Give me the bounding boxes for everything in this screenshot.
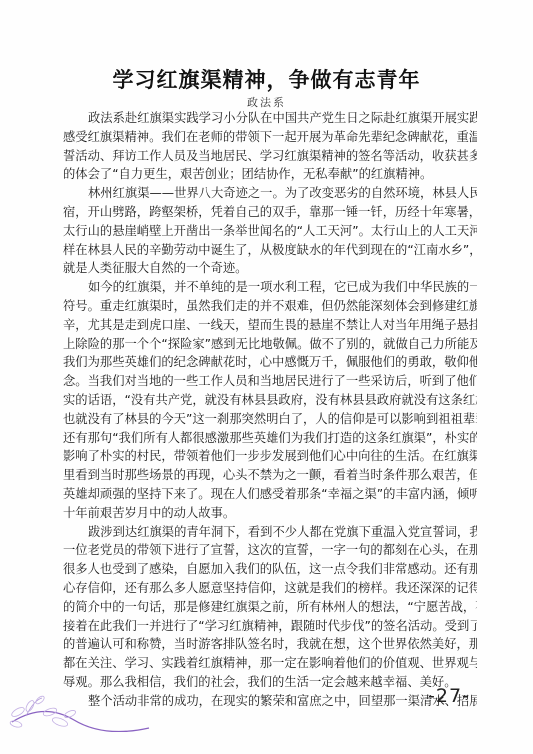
text-line: 都在关注、学习、实践着红旗精神，那一定在影响着他们的价值观、世界观与社会荣 xyxy=(63,654,477,673)
text-line: 实的话语，“没有共产党，就没有林县县政府，没有林县县政府就没有这条红旗渠， xyxy=(63,391,477,410)
text-line: 的普遍认可和称赞，当时游客排队签名时，我就在想，这个世界依然美好，那么多人 xyxy=(63,635,477,654)
text-line: 林州红旗渠——世界八大奇迹之一。为了改变恶劣的自然环境，林县人民风餐露 xyxy=(63,184,477,203)
text-line: 的体会了“自力更生，艰苦创业；团结协作，无私奉献”的红旗精神。 xyxy=(63,165,477,184)
text-line: 符号。重走红旗渠时，虽然我们走的并不艰难，但仍然能深刻体会到修建红旗渠的艰 xyxy=(63,297,477,316)
article-author: 政法系 xyxy=(0,94,533,110)
text-line: 接着在此我们一并进行了“学习红旗精神，跟随时代步伐”的签名活动。受到了大家 xyxy=(63,617,477,636)
text-line: 宿，开山劈路，跨壑架桥，凭着自己的双手，靠那一锤一钎，历经十年寒暑，硬是在 xyxy=(63,203,477,222)
article-title: 学习红旗渠精神，争做有志青年 xyxy=(0,64,533,94)
text-line: 影响了朴实的村民，带领着他们一步步发展到他们心中向往的生活。在红旗渠纪念馆 xyxy=(63,447,477,466)
text-line: 辱观。那么我相信，我们的社会，我们的生活一定会越来越幸福、美好。 xyxy=(63,673,477,692)
text-line: 跋涉到达红旗渠的青年洞下，看到不少人都在党旗下重温入党宣誓词，我们也在 xyxy=(63,523,477,542)
text-line: 很多人也受到了感染，自愿加入我们的队伍，这一点令我们非常感动。还有那么多人 xyxy=(63,560,477,579)
text-line: 一位老党员的带领下进行了宣誓，这次的宣誓，一字一句的都刻在心头，在那个氛围中， xyxy=(63,541,477,560)
text-line: 十年前艰苦岁月中的动人故事。 xyxy=(63,504,477,523)
text-line: 就是人类征服大自然的一个奇迹。 xyxy=(63,259,477,278)
article-body: 政法系赴红旗渠实践学习小分队在中国共产党生日之际赴红旗渠开展实践活动，感受红旗渠… xyxy=(63,109,477,711)
text-line: 如今的红旗渠，并不单纯的是一项水利工程，它已成为我们中华民族的一种精神 xyxy=(63,278,477,297)
text-line: 也就没有了林县的今天”这一刹那突然明白了，人的信仰是可以影响到祖祖辈辈的。 xyxy=(63,410,477,429)
text-line: 还有那句“我们所有人都很感激那些英雄们为我们打造的这条红旗渠”，朴实的英雄， xyxy=(63,429,477,448)
vine-decoration-icon xyxy=(4,692,154,732)
text-line: 样在林县人民的辛勤劳动中诞生了，从极度缺水的年代到现在的“江南水乡”，简直 xyxy=(63,241,477,260)
text-line: 太行山的悬崖峭壁上开凿出一条举世闻名的“人工天河”。太行山上的人工天河就这 xyxy=(63,222,477,241)
text-line: 感受红旗渠精神。我们在老师的带领下一起开展为革命先辈纪念碑献花，重温入团宣 xyxy=(63,128,477,147)
text-line: 政法系赴红旗渠实践学习小分队在中国共产党生日之际赴红旗渠开展实践活动， xyxy=(63,109,477,128)
text-line: 心存信仰，还有那么多人愿意坚持信仰，这就是我们的榜样。我还深深的记得青年洞 xyxy=(63,579,477,598)
text-line: 誓活动、拜访工作人员及当地居民、学习红旗渠精神的签名等活动，收获甚多，深刻 xyxy=(63,147,477,166)
text-line: 上除险的那一个个“探险家”感到无比地敬佩。做不了别的，就做自己力所能及的， xyxy=(63,335,477,354)
text-line: 念。当我们对当地的一些工作人员和当地居民进行了一些采访后，听到了他们那些朴 xyxy=(63,372,477,391)
text-line: 我们为那些英雄们的纪念碑献花时，心中感慨万千，佩服他们的勇敢，敬仰他们的信 xyxy=(63,353,477,372)
page-number: -27- xyxy=(428,685,470,707)
document-page: 学习红旗渠精神，争做有志青年 政法系 政法系赴红旗渠实践学习小分队在中国共产党生… xyxy=(0,0,533,754)
text-line: 英雄却顽强的坚持下来了。现在人们感受着那条“幸福之渠”的丰富内涵，倾听着几 xyxy=(63,485,477,504)
text-line: 辛，尤其是走到虎口崖、一线天，望而生畏的悬崖不禁让人对当年用绳子悬挂在悬崖 xyxy=(63,316,477,335)
text-line: 里看到当时那些场景的再现，心头不禁为之一颤，看着当时条件那么艰苦，但那时的 xyxy=(63,466,477,485)
text-line: 的简介中的一句话，那是修建红旗渠之前，所有林州人的想法，“宁愿苦战，不愿苦熬”！ xyxy=(63,598,477,617)
